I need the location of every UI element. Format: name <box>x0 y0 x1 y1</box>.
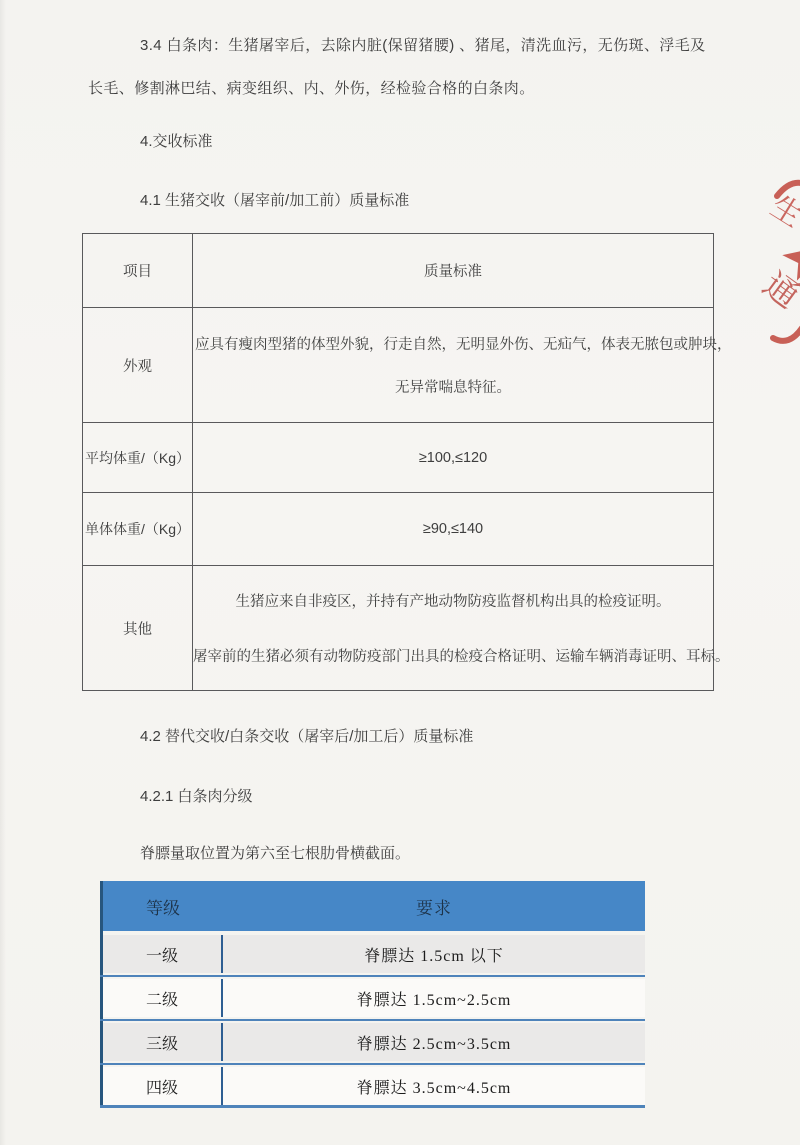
heading-4-1-live-pig-acceptance: 4.1 生猪交收（屠宰前/加工前）质量标准 <box>140 191 409 211</box>
grade-row-3: 三级 脊膘达 2.5cm~3.5cm <box>103 1023 645 1061</box>
spine-fat-measurement-note: 脊膘量取位置为第六至七根肋骨横截面。 <box>140 844 410 864</box>
appearance-standard-line-1: 应具有瘦肉型猪的体型外貌，行走自然，无明显外伤、无疝气，体表无脓包或肿块， <box>193 333 713 354</box>
table-row-other: 其他 生猪应来自非疫区，并持有产地动物防疫监督机构出具的检疫证明。 屠宰前的生猪… <box>83 566 714 691</box>
table-bottom-rule <box>100 1105 645 1108</box>
table1-header-standard: 质量标准 <box>193 234 714 308</box>
grade-1-requirement: 脊膘达 1.5cm 以下 <box>223 943 645 966</box>
heading-4-2-carcass-acceptance: 4.2 替代交收/白条交收（屠宰后/加工后）质量标准 <box>140 727 473 747</box>
grade-4-requirement: 脊膘达 3.5cm~4.5cm <box>223 1075 645 1098</box>
grade-2-requirement: 脊膘达 1.5cm~2.5cm <box>223 987 645 1010</box>
seal-character-2: 通 <box>756 266 800 316</box>
grade-row-1: 一级 脊膘达 1.5cm 以下 <box>103 935 645 973</box>
row-separator <box>103 1061 645 1067</box>
live-pig-quality-table: 项目 质量标准 外观 应具有瘦肉型猪的体型外貌，行走自然，无明显外伤、无疝气，体… <box>82 233 714 691</box>
heading-4-2-1-carcass-grading: 4.2.1 白条肉分级 <box>140 787 253 807</box>
row-separator <box>103 973 645 979</box>
seal-character-1: 生 <box>765 190 800 234</box>
table-header-row: 项目 质量标准 <box>83 234 714 308</box>
heading-4-acceptance-standard: 4.交收标准 <box>140 132 213 152</box>
grade-row-2: 二级 脊膘达 1.5cm~2.5cm <box>103 979 645 1017</box>
grade-column-header: 等级 <box>103 894 223 919</box>
seal-arc-bottom <box>773 328 800 341</box>
row-separator <box>103 1017 645 1023</box>
table1-header-item: 项目 <box>83 234 193 308</box>
red-seal-stamp-partial: 生 通 <box>745 170 800 355</box>
grade-3-label: 三级 <box>103 1023 223 1061</box>
unit-weight-value: ≥90,≤140 <box>193 493 714 566</box>
grade-3-requirement: 脊膘达 2.5cm~3.5cm <box>223 1031 645 1054</box>
table-row-average-weight: 平均体重/（Kg） ≥100,≤120 <box>83 423 714 493</box>
table-row-unit-weight: 单体体重/（Kg） ≥90,≤140 <box>83 493 714 566</box>
requirement-column-header: 要求 <box>223 894 645 919</box>
document-page: 3.4 白条肉：生猪屠宰后，去除内脏(保留猪腰) 、猪尾，清洗血污，无伤斑、浮毛… <box>0 0 800 1145</box>
unit-weight-label: 单体体重/（Kg） <box>83 493 193 566</box>
carcass-grading-table: 等级 要求 一级 脊膘达 1.5cm 以下 二级 脊膘达 1.5cm~2.5cm… <box>100 881 645 1108</box>
grade-1-label: 一级 <box>103 935 223 973</box>
other-standard-line-2: 屠宰前的生猪必须有动物防疫部门出具的检疫合格证明、运输车辆消毒证明、耳标。 <box>193 645 713 666</box>
other-label: 其他 <box>83 566 193 691</box>
grade-2-label: 二级 <box>103 979 223 1017</box>
paragraph-3-4-line-1: 3.4 白条肉：生猪屠宰后，去除内脏(保留猪腰) 、猪尾，清洗血污，无伤斑、浮毛… <box>140 36 706 56</box>
average-weight-label: 平均体重/（Kg） <box>83 423 193 493</box>
grading-table-header: 等级 要求 <box>103 881 645 931</box>
grade-row-4: 四级 脊膘达 3.5cm~4.5cm <box>103 1067 645 1105</box>
appearance-standard-line-2: 无异常喘息特征。 <box>193 376 713 397</box>
paragraph-3-4-line-2: 长毛、修割淋巴结、病变组织、内、外伤，经检验合格的白条肉。 <box>88 79 535 99</box>
other-standard-line-1: 生猪应来自非疫区，并持有产地动物防疫监督机构出具的检疫证明。 <box>193 590 713 611</box>
average-weight-value: ≥100,≤120 <box>193 423 714 493</box>
table-row-appearance: 外观 应具有瘦肉型猪的体型外貌，行走自然，无明显外伤、无疝气，体表无脓包或肿块，… <box>83 308 714 423</box>
table1-appearance-label: 外观 <box>83 308 193 423</box>
grade-4-label: 四级 <box>103 1067 223 1105</box>
